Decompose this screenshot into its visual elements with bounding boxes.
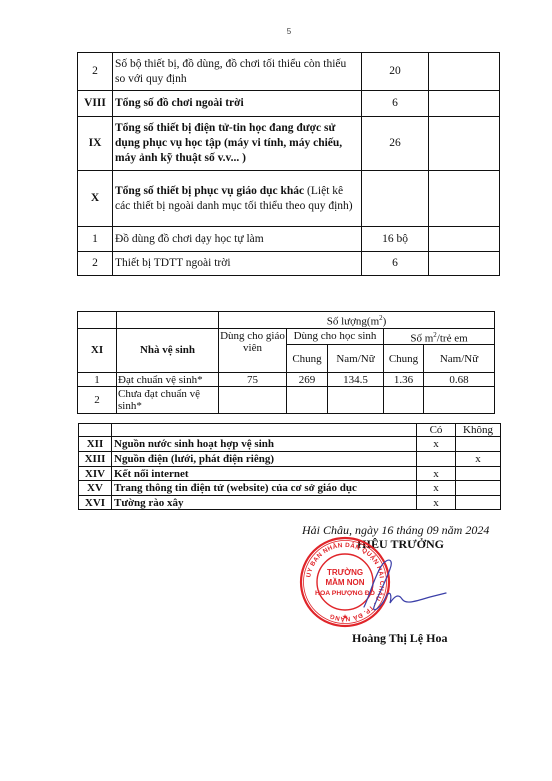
no-mark: x (456, 452, 501, 467)
no-mark (456, 481, 501, 496)
table-row: XIV Kết nối internet x (79, 467, 501, 481)
teacher-header: Dùng cho giáo viên (219, 328, 287, 373)
table-row: 2 Chưa đạt chuẩn vệ sinh* (78, 387, 495, 414)
row-index: 2 (78, 53, 113, 91)
table-row: XV Trang thông tin điện tử (website) của… (79, 481, 501, 496)
table-row: VIII Tổng số đồ chơi ngoài trời 6 (78, 91, 500, 117)
yes-mark: x (417, 437, 456, 452)
empty-cell (117, 312, 219, 329)
per-child-common-value (384, 387, 424, 414)
table-row: 2 Thiết bị TDTT ngoài trời 6 (78, 252, 500, 276)
row-index: 2 (78, 252, 113, 276)
row-label: Số bộ thiết bị, đồ dùng, đồ chơi tối thi… (113, 53, 362, 91)
equipment-table: 2 Số bộ thiết bị, đồ dùng, đồ chơi tối t… (77, 52, 500, 276)
row-label: Thiết bị TDTT ngoài trời (113, 252, 362, 276)
no-mark (456, 467, 501, 481)
row-label: Tổng số đồ chơi ngoài trời (113, 91, 362, 117)
table-row: 1 Đạt chuẩn vệ sinh* 75 269 134.5 1.36 0… (78, 373, 495, 387)
row-label: Nguồn nước sinh hoạt hợp vệ sinh (112, 437, 417, 452)
row-value: 6 (362, 252, 429, 276)
page-number: 5 (0, 27, 552, 36)
row-index: XII (79, 437, 112, 452)
row-note (429, 171, 500, 227)
no-header: Không (456, 424, 501, 437)
sub-header-common: Chung (384, 345, 424, 373)
row-label: Nguồn điện (lưới, phát điện riêng) (112, 452, 417, 467)
yes-mark: x (417, 496, 456, 510)
row-label: Kết nối internet (112, 467, 417, 481)
toilet-table: Số lượng(m2) XI Nhà vệ sinh Dùng cho giá… (77, 311, 495, 414)
svg-text:MẦM NON: MẦM NON (325, 577, 364, 587)
students-common-value (287, 387, 328, 414)
students-gender-value: 134.5 (328, 373, 384, 387)
row-index: XIII (79, 452, 112, 467)
svg-text:TRƯỜNG: TRƯỜNG (327, 568, 363, 577)
row-note (429, 252, 500, 276)
table-row: XIII Nguồn điện (lưới, phát điện riêng) … (79, 452, 501, 467)
yes-mark (417, 452, 456, 467)
row-index: XV (79, 481, 112, 496)
table-row: 2 Số bộ thiết bị, đồ dùng, đồ chơi tối t… (78, 53, 500, 91)
row-label-bold: Tổng số thiết bị phục vụ giáo dục khác (115, 185, 304, 197)
sub-header-gender: Nam/Nữ (424, 345, 495, 373)
row-note (429, 53, 500, 91)
per-child-common-value: 1.36 (384, 373, 424, 387)
per-child-gender-value (424, 387, 495, 414)
row-value (362, 171, 429, 227)
yes-header: Có (417, 424, 456, 437)
row-value: 16 bộ (362, 227, 429, 252)
handwritten-signature-icon (360, 555, 450, 615)
yes-mark: x (417, 467, 456, 481)
row-note (429, 117, 500, 171)
sub-header-common: Chung (287, 345, 328, 373)
empty-cell (78, 312, 117, 329)
no-mark (456, 496, 501, 510)
per-child-header: Số m2/trẻ em (384, 328, 495, 345)
row-value: 26 (362, 117, 429, 171)
row-label: Tường rào xây (112, 496, 417, 510)
row-index: VIII (78, 91, 113, 117)
row-label: Đồ dùng đồ chơi dạy học tự làm (113, 227, 362, 252)
section-index: XI (78, 328, 117, 373)
teacher-value: 75 (219, 373, 287, 387)
row-label: Chưa đạt chuẩn vệ sinh* (117, 387, 219, 414)
row-index: IX (78, 117, 113, 171)
table-row: 1 Đồ dùng đồ chơi dạy học tự làm 16 bộ (78, 227, 500, 252)
empty-cell (112, 424, 417, 437)
row-index: XVI (79, 496, 112, 510)
table-row: IX Tổng số thiết bị điện tử-tin học đang… (78, 117, 500, 171)
row-label: Tổng số thiết bị điện tử-tin học đang đư… (113, 117, 362, 171)
table-row: X Tổng số thiết bị phục vụ giáo dục khác… (78, 171, 500, 227)
per-child-gender-value: 0.68 (424, 373, 495, 387)
quantity-header: Số lượng(m2) (219, 312, 495, 329)
empty-cell (79, 424, 112, 437)
table-row: XVI Tường rào xây x (79, 496, 501, 510)
teacher-value (219, 387, 287, 414)
row-index: 2 (78, 387, 117, 414)
row-value: 20 (362, 53, 429, 91)
row-label: Tổng số thiết bị phục vụ giáo dục khác (… (113, 171, 362, 227)
row-note (429, 91, 500, 117)
row-value: 6 (362, 91, 429, 117)
svg-text:★: ★ (342, 613, 348, 621)
row-index: 1 (78, 373, 117, 387)
row-note (429, 227, 500, 252)
section-label: Nhà vệ sinh (117, 328, 219, 373)
row-index: 1 (78, 227, 113, 252)
row-index: X (78, 171, 113, 227)
no-mark (456, 437, 501, 452)
students-common-value: 269 (287, 373, 328, 387)
table-header-row: Số lượng(m2) (78, 312, 495, 329)
signer-name: Hoàng Thị Lệ Hoa (352, 631, 447, 646)
row-index: XIV (79, 467, 112, 481)
row-label: Trang thông tin điện tử (website) của cơ… (112, 481, 417, 496)
yes-mark: x (417, 481, 456, 496)
students-gender-value (328, 387, 384, 414)
sub-header-gender: Nam/Nữ (328, 345, 384, 373)
table-header-row: Có Không (79, 424, 501, 437)
table-row: XII Nguồn nước sinh hoạt hợp vệ sinh x (79, 437, 501, 452)
students-header: Dùng cho học sinh (287, 328, 384, 345)
row-label: Đạt chuẩn vệ sinh* (117, 373, 219, 387)
table-header-row: XI Nhà vệ sinh Dùng cho giáo viên Dùng c… (78, 328, 495, 345)
facilities-table: Có Không XII Nguồn nước sinh hoạt hợp vệ… (78, 423, 501, 510)
